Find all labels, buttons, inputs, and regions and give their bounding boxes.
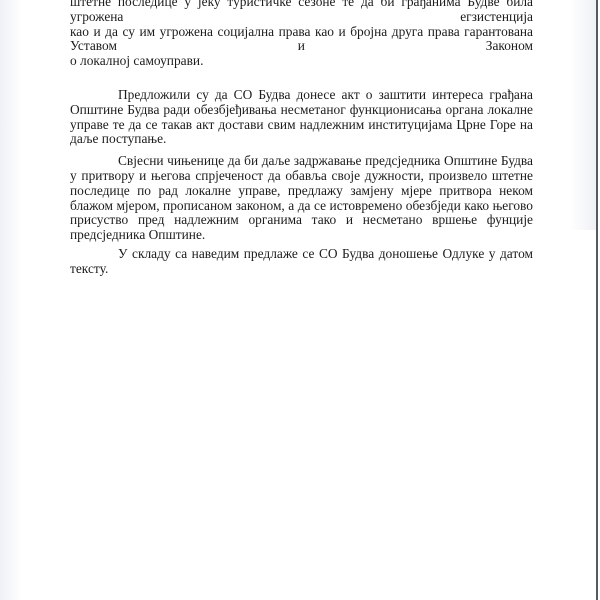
text-line: штетне последице у јеку туристичке сезон…	[70, 0, 533, 25]
scan-shadow-right	[570, 0, 596, 230]
scanned-document-page: штетне последице у јеку туристичке сезон…	[0, 0, 600, 600]
document-body: штетне последице у јеку туристичке сезон…	[70, 0, 533, 277]
paragraph-continuation: штетне последице у јеку туристичке сезон…	[70, 0, 533, 69]
paragraph-conclusion: У складу са наведим предлаже се СО Будва…	[70, 247, 533, 277]
scan-page-edge	[596, 0, 598, 600]
scan-shadow-left	[0, 0, 22, 600]
text-line: као и да су им угрожена социјална права …	[70, 25, 533, 55]
text-line: о локалној самоуправи.	[70, 54, 533, 69]
paragraph-proposal: Предложили су да СО Будва донесе акт о з…	[70, 88, 533, 147]
paragraph-awareness: Свјесни чињенице да би даље задржавање п…	[70, 154, 533, 243]
